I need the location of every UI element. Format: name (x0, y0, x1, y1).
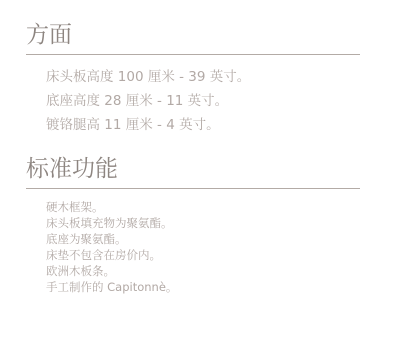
dimensions-section: 方面 床头板高度 100 厘米 - 39 英寸。 底座高度 28 厘米 - 11… (26, 20, 360, 137)
dimension-item-leg-height: 镀铬腿高 11 厘米 - 4 英寸。 (46, 113, 360, 137)
feature-item-base-material: 底座为聚氨酯。 (46, 231, 360, 247)
feature-item-headboard-filling: 床头板填充物为聚氨酯。 (46, 215, 360, 231)
standard-features-list: 硬木框架。 床头板填充物为聚氨酯。 底座为聚氨酯。 床垫不包含在房价内。 欧洲木… (26, 199, 360, 295)
dimension-item-headboard-height: 床头板高度 100 厘米 - 39 英寸。 (46, 65, 360, 89)
standard-features-section: 标准功能 硬木框架。 床头板填充物为聚氨酯。 底座为聚氨酯。 床垫不包含在房价内… (26, 154, 360, 295)
feature-item-mattress-note: 床垫不包含在房价内。 (46, 247, 360, 263)
feature-item-capitonne: 手工制作的 Capitonnè。 (46, 279, 360, 295)
feature-item-slats: 欧洲木板条。 (46, 263, 360, 279)
dimension-item-base-height: 底座高度 28 厘米 - 11 英寸。 (46, 89, 360, 113)
dimensions-heading: 方面 (26, 20, 360, 55)
dimensions-list: 床头板高度 100 厘米 - 39 英寸。 底座高度 28 厘米 - 11 英寸… (26, 65, 360, 137)
standard-features-heading: 标准功能 (26, 154, 360, 189)
feature-item-hardwood-frame: 硬木框架。 (46, 199, 360, 215)
